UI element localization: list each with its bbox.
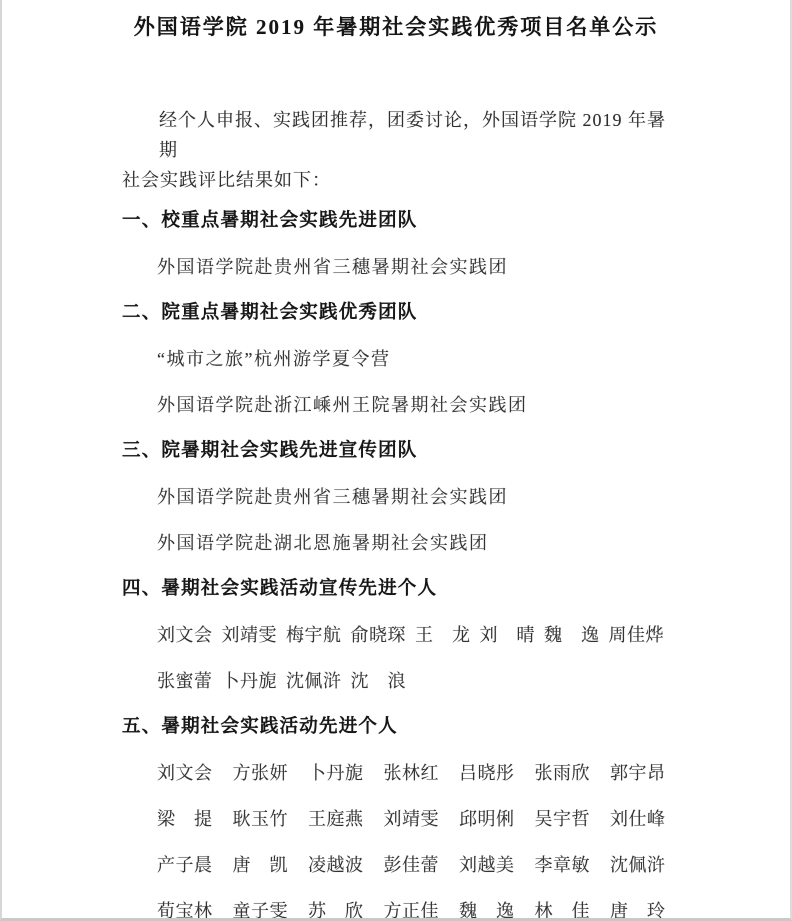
team-name: 外国语学院赴贵州省三穗暑期社会实践团	[122, 487, 680, 508]
person-name: 刘仕峰	[610, 809, 666, 830]
person-name: 沈佩浒	[610, 855, 666, 876]
person-name: 梅宇航	[286, 625, 342, 646]
person-name: 魏 逸	[544, 625, 600, 646]
person-name: 梁 提	[157, 809, 213, 830]
section-2-heading: 二、院重点暑期社会实践优秀团队	[122, 303, 680, 324]
person-name: 荀宝林	[157, 901, 213, 921]
person-name: 唐 凯	[233, 855, 289, 876]
team-name: “城市之旅”杭州游学夏令营	[122, 349, 680, 370]
name-row: 刘文会刘靖雯梅宇航俞晓琛王 龙刘 晴魏 逸周佳烨	[122, 625, 680, 646]
name-row: 荀宝林童子雯苏 欣方正佳魏 逸林 佳唐 玲	[122, 901, 680, 921]
intro-line-2: 社会实践评比结果如下：	[122, 165, 680, 195]
team-name: 外国语学院赴湖北恩施暑期社会实践团	[122, 533, 680, 554]
section-4-heading: 四、暑期社会实践活动宣传先进个人	[122, 579, 680, 600]
person-name: 吕晓彤	[459, 763, 515, 784]
person-name: 刘越美	[459, 855, 515, 876]
section-5-heading: 五、暑期社会实践活动先进个人	[122, 717, 680, 738]
person-name: 刘靖雯	[222, 625, 278, 646]
person-name: 彭佳蕾	[384, 855, 440, 876]
person-name: 李章敏	[535, 855, 591, 876]
person-name: 耿玉竹	[233, 809, 289, 830]
person-name: 童子雯	[233, 901, 289, 921]
intro-paragraph: 经个人申报、实践团推荐，团委讨论，外国语学院 2019 年暑期 社会实践评比结果…	[122, 105, 680, 195]
person-name: 刘靖雯	[384, 809, 440, 830]
person-name: 刘文会	[157, 625, 213, 646]
section-advanced-individuals: 五、暑期社会实践活动先进个人 刘文会方张妍卜丹旎张林红吕晓彤张雨欣郭宇昂 梁 提…	[122, 717, 680, 921]
person-name: 邱明俐	[459, 809, 515, 830]
person-name: 张蜜蕾	[157, 671, 213, 692]
person-name: 唐 玲	[610, 901, 666, 921]
name-row: 张蜜蕾卜丹旎沈佩浒沈 浪	[122, 671, 680, 692]
person-name: 方张妍	[233, 763, 289, 784]
section-publicity-teams: 三、院暑期社会实践先进宣传团队 外国语学院赴贵州省三穗暑期社会实践团 外国语学院…	[122, 441, 680, 554]
person-name: 刘 晴	[480, 625, 536, 646]
person-name: 魏 逸	[459, 901, 515, 921]
person-name: 凌越波	[308, 855, 364, 876]
section-college-key-teams: 二、院重点暑期社会实践优秀团队 “城市之旅”杭州游学夏令营 外国语学院赴浙江嵊州…	[122, 303, 680, 416]
person-name: 吴宇哲	[535, 809, 591, 830]
person-name: 卜丹旎	[222, 671, 278, 692]
person-name: 刘文会	[157, 763, 213, 784]
sections-list: 一、校重点暑期社会实践先进团队 外国语学院赴贵州省三穗暑期社会实践团 二、院重点…	[122, 211, 680, 921]
person-name: 沈佩浒	[286, 671, 342, 692]
section-school-key-teams: 一、校重点暑期社会实践先进团队 外国语学院赴贵州省三穗暑期社会实践团	[122, 211, 680, 278]
person-name: 俞晓琛	[351, 625, 407, 646]
person-name: 方正佳	[384, 901, 440, 921]
person-name: 郭宇昂	[610, 763, 666, 784]
name-row: 刘文会方张妍卜丹旎张林红吕晓彤张雨欣郭宇昂	[122, 763, 680, 784]
person-name: 卜丹旎	[308, 763, 364, 784]
section-1-heading: 一、校重点暑期社会实践先进团队	[122, 211, 680, 232]
person-name: 苏 欣	[308, 901, 364, 921]
person-name: 王 龙	[415, 625, 471, 646]
person-name: 王庭燕	[308, 809, 364, 830]
section-publicity-individuals: 四、暑期社会实践活动宣传先进个人 刘文会刘靖雯梅宇航俞晓琛王 龙刘 晴魏 逸周佳…	[122, 579, 680, 692]
document-title: 外国语学院 2019 年暑期社会实践优秀项目名单公示	[2, 0, 790, 41]
person-name: 周佳烨	[609, 625, 665, 646]
team-name: 外国语学院赴贵州省三穗暑期社会实践团	[122, 257, 680, 278]
person-name: 张雨欣	[535, 763, 591, 784]
name-row: 梁 提耿玉竹王庭燕刘靖雯邱明俐吴宇哲刘仕峰	[122, 809, 680, 830]
document-body: 经个人申报、实践团推荐，团委讨论，外国语学院 2019 年暑期 社会实践评比结果…	[2, 105, 790, 921]
person-name: 张林红	[384, 763, 440, 784]
document-page: 外国语学院 2019 年暑期社会实践优秀项目名单公示 经个人申报、实践团推荐，团…	[0, 0, 792, 921]
section-3-heading: 三、院暑期社会实践先进宣传团队	[122, 441, 680, 462]
team-name: 外国语学院赴浙江嵊州王院暑期社会实践团	[122, 395, 680, 416]
person-name: 产子晨	[157, 855, 213, 876]
intro-line-1: 经个人申报、实践团推荐，团委讨论，外国语学院 2019 年暑期	[122, 105, 680, 165]
name-row: 产子晨唐 凯凌越波彭佳蕾刘越美李章敏沈佩浒	[122, 855, 680, 876]
person-name: 林 佳	[535, 901, 591, 921]
person-name: 沈 浪	[351, 671, 407, 692]
